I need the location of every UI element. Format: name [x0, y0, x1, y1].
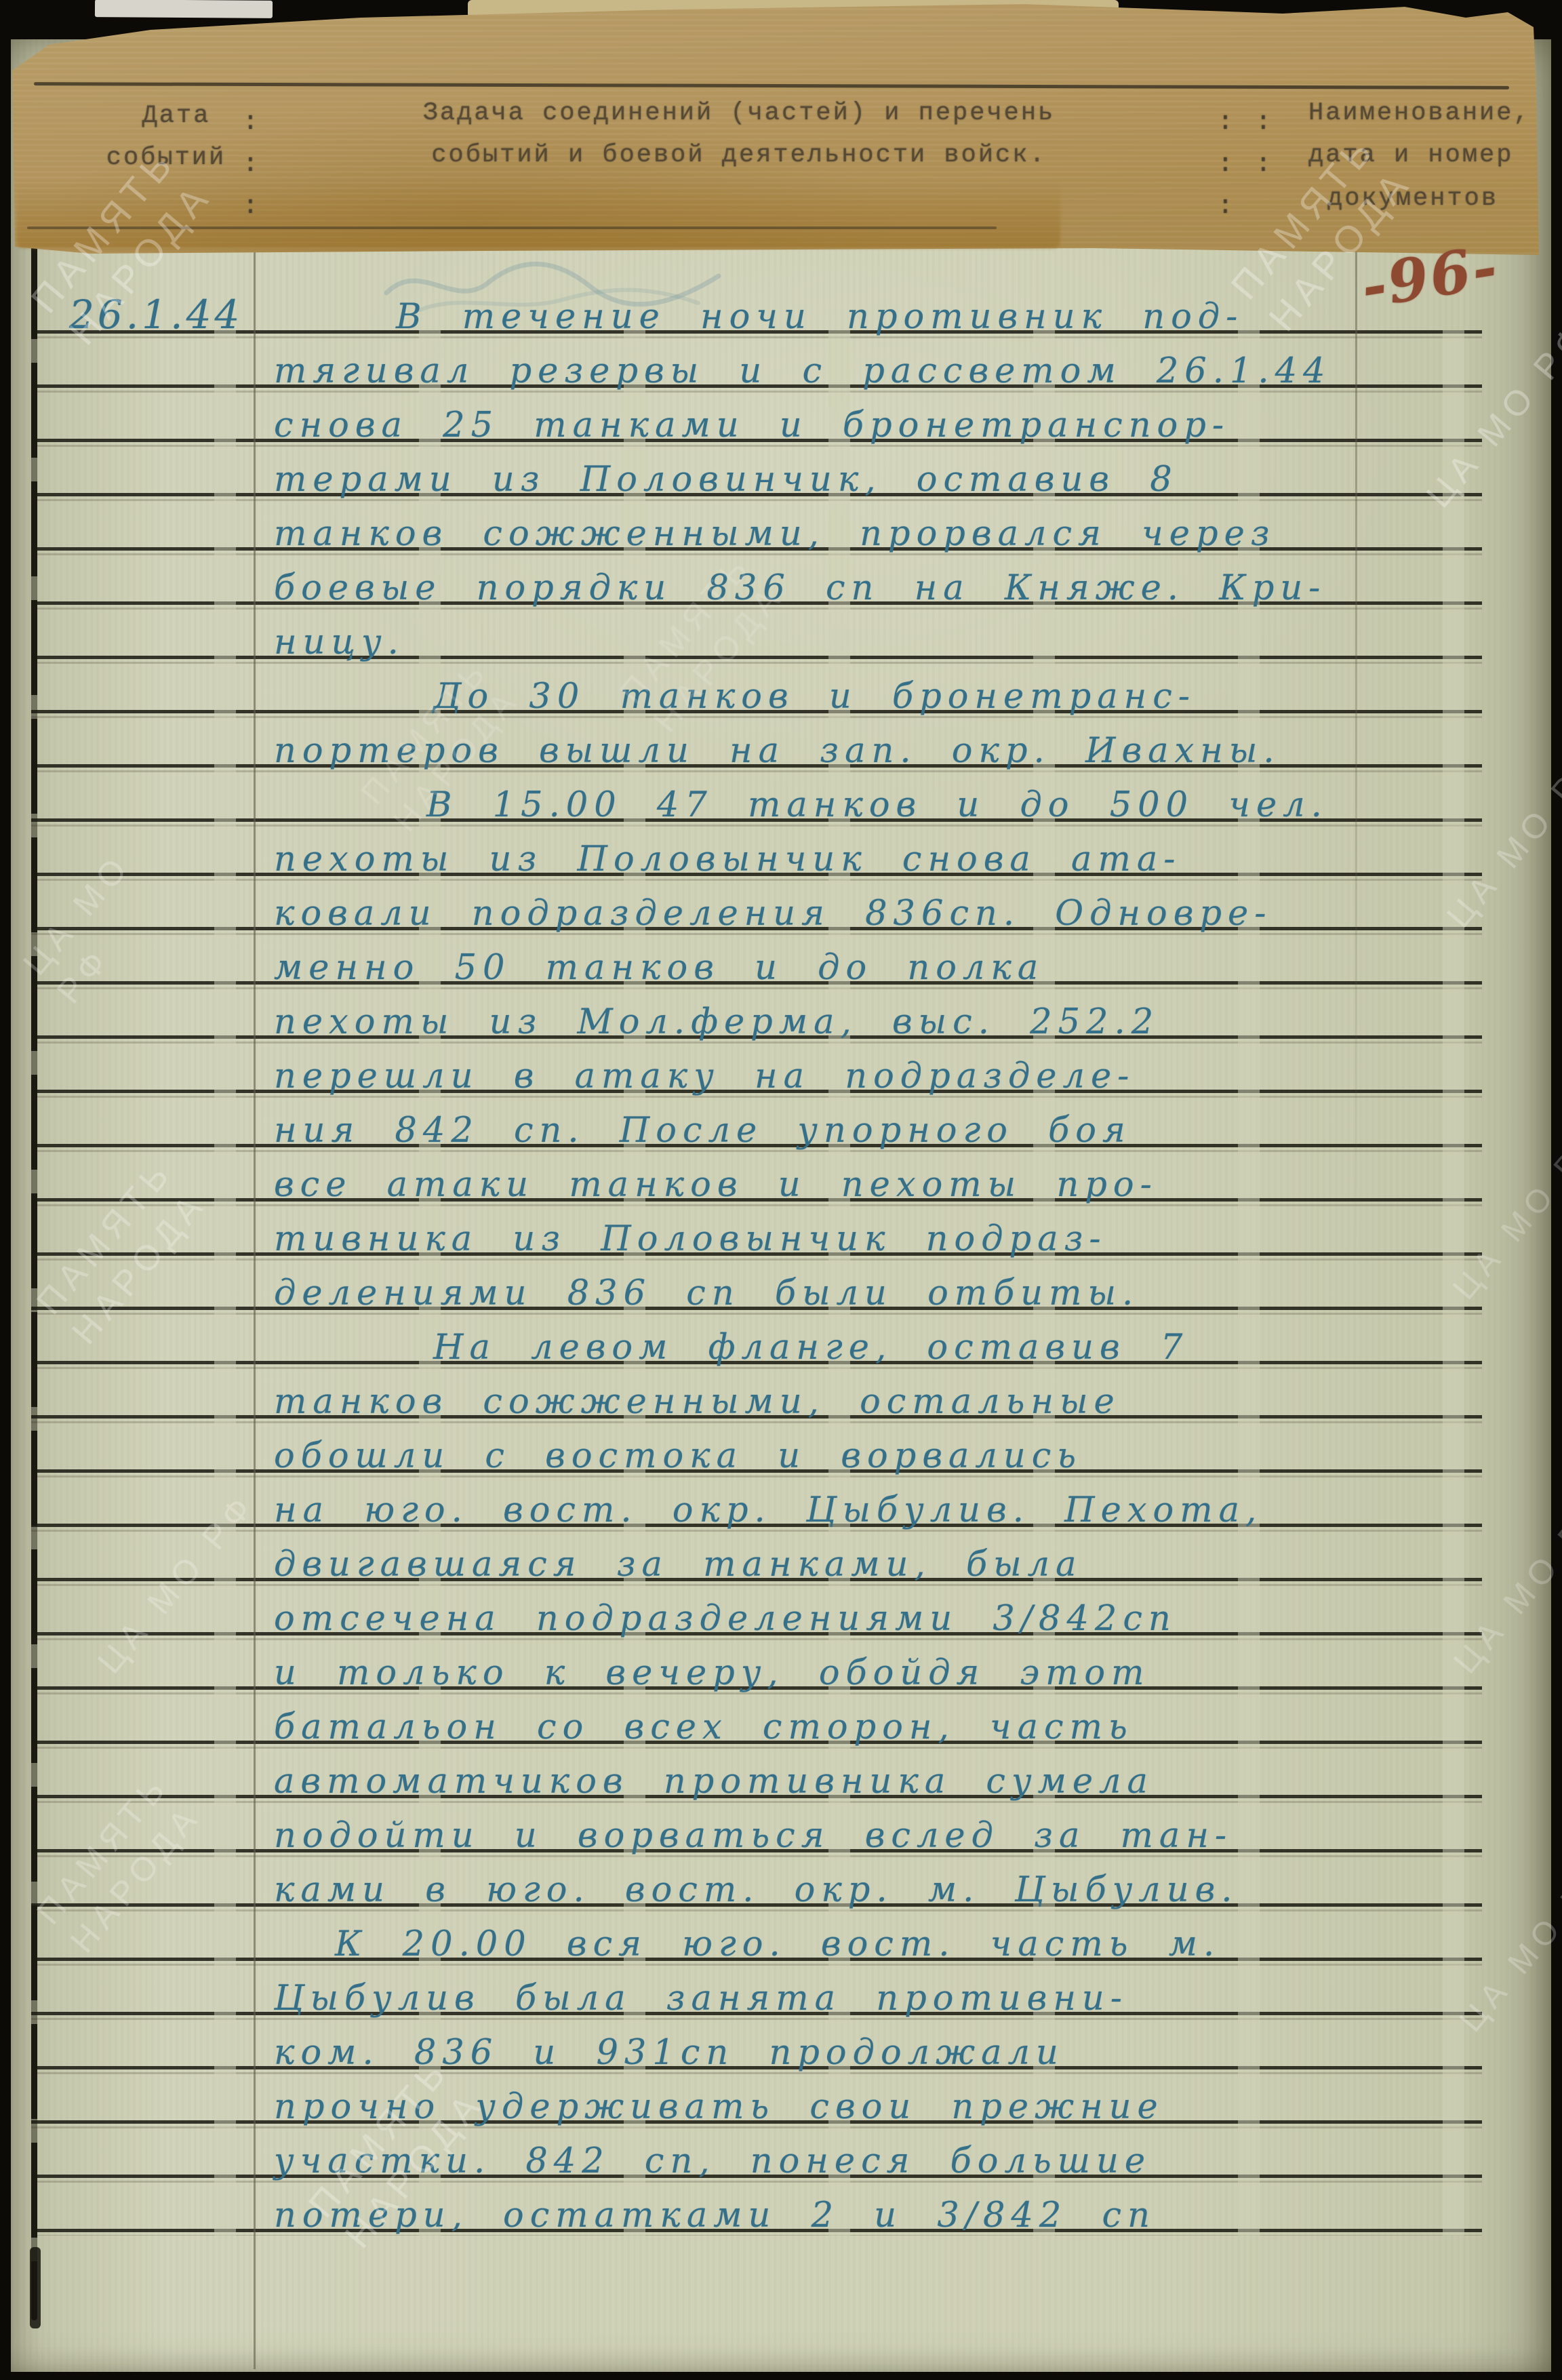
handwritten-line: танков сожженными, прорвался через	[274, 507, 1494, 561]
header-separator-left: : : :	[243, 102, 258, 228]
handwritten-line: ками в юго. вост. окр. м. Цыбулив.	[274, 1863, 1494, 1918]
handwritten-line: В течение ночи противник под-	[274, 290, 1494, 344]
handwritten-line: пехоты из Половынчик снова ата-	[274, 833, 1494, 887]
handwritten-line: батальон со всех сторон, часть	[274, 1701, 1494, 1755]
handwritten-line: прочно удерживать свои прежние	[274, 2080, 1494, 2135]
tape-stain	[16, 180, 1060, 248]
handwritten-line: снова 25 танками и бронетранспор-	[274, 399, 1494, 453]
header-col-docs-line1: Наименование,	[1308, 99, 1531, 127]
handwritten-line: двигавшаяся за танками, была	[274, 1538, 1494, 1592]
handwritten-line: К 20.00 вся юго. вост. часть м.	[274, 1918, 1494, 1972]
handwritten-line: обошли с востока и ворвались	[274, 1429, 1494, 1484]
handwritten-line: на юго. вост. окр. Цыбулив. Пехота,	[274, 1484, 1494, 1538]
handwritten-line: перешли в атаку на подразделе-	[274, 1050, 1494, 1104]
table-left-border	[31, 244, 37, 2320]
header-col-docs-line3: документов	[1327, 184, 1498, 213]
handwritten-line: боевые порядки 836 сп на Княже. Кри-	[274, 561, 1494, 616]
handwritten-line: и только к вечеру, обойдя этот	[274, 1646, 1494, 1701]
handwritten-line: До 30 танков и бронетранс-	[274, 670, 1494, 724]
header-col-task-line2: событий и боевой деятельности войск.	[319, 141, 1159, 170]
handwritten-line: ком. 836 и 931сп продолжали	[274, 2026, 1494, 2080]
handwritten-line: ницу.	[274, 616, 1494, 670]
handwritten-line: все атаки танков и пехоты про-	[274, 1158, 1494, 1212]
separator-colon: :	[243, 186, 258, 228]
header-col-docs-line2: дата и номер	[1308, 141, 1513, 170]
handwritten-line: участки. 842 сп, понеся большие	[274, 2135, 1494, 2189]
handwritten-line: потери, остатками 2 и 3/842 сп	[274, 2189, 1494, 2243]
handwritten-line: делениями 836 сп были отбиты.	[274, 1267, 1494, 1321]
archive-label	[95, 0, 273, 18]
handwritten-line: Цыбулив была занята противни-	[274, 1972, 1494, 2026]
header-separator-right-b: : :	[1256, 102, 1271, 186]
handwritten-line: На левом фланге, оставив 7	[274, 1321, 1494, 1375]
handwritten-line: автоматчиков противника сумела	[274, 1755, 1494, 1809]
separator-colon: :	[243, 102, 258, 144]
handwritten-line: пехоты из Мол.ферма, выс. 252.2	[274, 995, 1494, 1050]
header-rule-line-lower	[27, 226, 997, 229]
handwritten-line: менно 50 танков и до полка	[274, 941, 1494, 995]
separator-colon: :	[1256, 102, 1271, 144]
handwritten-line: В 15.00 47 танков и до 500 чел.	[274, 778, 1494, 833]
separator-colon: :	[243, 144, 258, 186]
handwritten-line: танков сожженными, остальные	[274, 1375, 1494, 1429]
handwritten-line: портеров вышли на зап. окр. Ивахны.	[274, 724, 1494, 778]
handwritten-line: отсечена подразделениями 3/842сп	[274, 1592, 1494, 1646]
entry-date: 26.1.44	[69, 292, 243, 338]
header-col-task-line1: Задача соединений (частей) и перечень	[319, 99, 1159, 127]
separator-colon: :	[1218, 186, 1233, 228]
handwritten-line: тивника из Половынчик подраз-	[274, 1212, 1494, 1267]
handwritten-line: терами из Половинчик, оставив 8	[274, 453, 1494, 507]
handwritten-line: тягивал резервы и с рассветом 26.1.44	[274, 344, 1494, 399]
separator-colon: :	[1256, 144, 1271, 186]
date-column-divider	[254, 244, 256, 2369]
handwritten-line: ковали подразделения 836сп. Одновре-	[274, 887, 1494, 941]
scanned-journal-page: 26.1.44 В течение ночи противник под-тяг…	[0, 0, 1562, 2380]
handwritten-line: ния 842 сп. После упорного боя	[274, 1104, 1494, 1158]
header-separator-right-a: : : :	[1218, 102, 1233, 228]
separator-colon: :	[1218, 144, 1233, 186]
separator-colon: :	[1218, 102, 1233, 144]
handwritten-line: подойти и ворваться вслед за тан-	[274, 1809, 1494, 1863]
handwriting-block: В течение ночи противник под-тягивал рез…	[274, 290, 1494, 2243]
